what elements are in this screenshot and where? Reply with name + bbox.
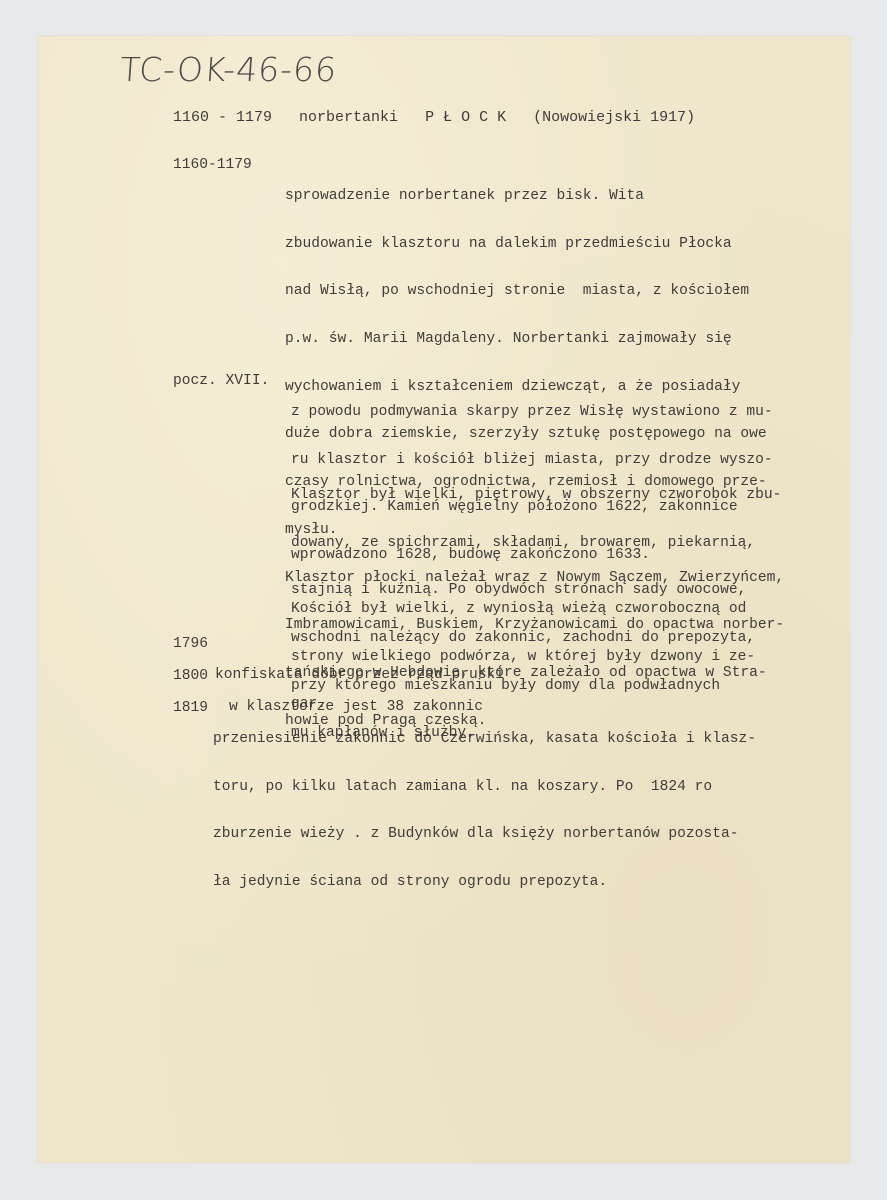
heading-place: P Ł O C K — [425, 109, 506, 126]
heading-order: norbertanki — [299, 109, 398, 126]
entry-text: przeniesienie zakonnic do Czerwińska, ka… — [213, 700, 756, 907]
text-line: zburzenie wieży . z Budynków dla księży … — [213, 827, 756, 843]
entry-date: 1160-1179 — [173, 157, 252, 173]
heading-source: (Nowowiejski 1917) — [533, 109, 695, 126]
entry-date: pocz. XVII. — [173, 373, 269, 389]
entry-date: 1796 — [173, 636, 208, 652]
text-line: Klasztor był wielki, piętrowy, w obszern… — [291, 488, 781, 504]
handwritten-signature-code: TC-OK-46-66 — [119, 50, 339, 89]
text-line: toru, po kilku latach zamiana kl. na kos… — [213, 780, 756, 796]
text-line: p.w. św. Marii Magdaleny. Norbertanki za… — [285, 332, 784, 348]
text-line: sprowadzenie norbertanek przez bisk. Wit… — [285, 189, 784, 205]
text-line: zbudowanie klasztoru na dalekim przedmie… — [285, 237, 784, 253]
document-heading: 1160 - 1179 norbertanki P Ł O C K (Nowow… — [173, 110, 695, 126]
text-line: z powodu podmywania skarpy przez Wisłę w… — [291, 405, 773, 421]
heading-dates: 1160 - 1179 — [173, 109, 272, 126]
text-line: przeniesienie zakonnic do Czerwińska, ka… — [213, 732, 756, 748]
text-line: nad Wisłą, po wschodniej stronie miasta,… — [285, 284, 784, 300]
text-line: ła jedynie ściana od strony ogrodu prepo… — [213, 875, 756, 891]
entry-date: 1800 — [173, 668, 208, 684]
text-line: Kościół był wielki, z wyniosłą wieżą czw… — [291, 602, 755, 618]
entry-date: 1819 — [173, 700, 208, 716]
text-line: dowany, ze spichrzami, składami, broware… — [291, 536, 781, 552]
